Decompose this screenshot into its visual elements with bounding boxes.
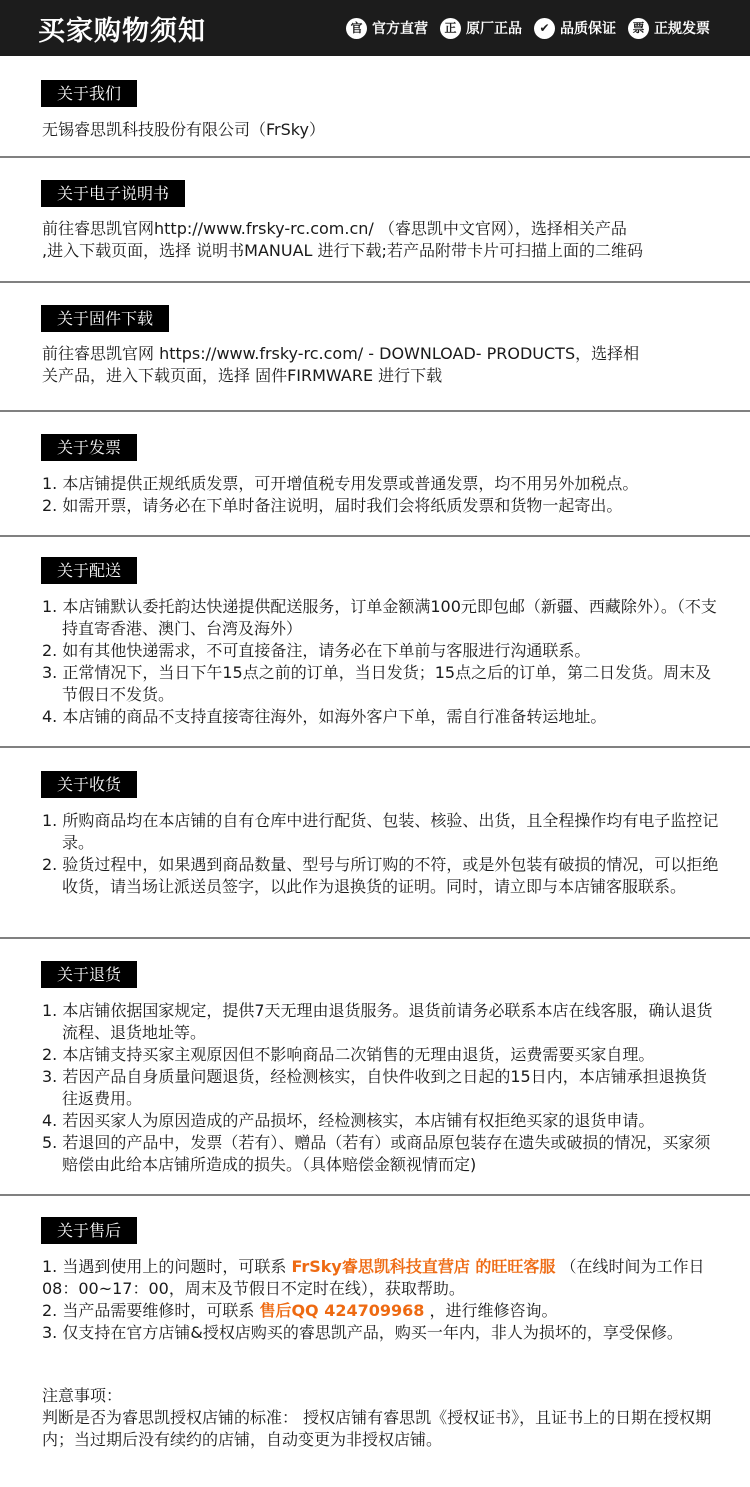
list-item: 1. 本店铺提供正规纸质发票，可开增值税专用发票或普通发票，均不用另外加税点。 (42, 473, 720, 495)
notes: 注意事项： 判断是否为睿思凯授权店铺的标准： 授权店铺有睿思凯《授权证书》，且证… (42, 1385, 720, 1451)
list-item: 2. 本店铺支持买家主观原因但不影响商品二次销售的无理由退货，运费需要买家自理。 (42, 1044, 720, 1066)
list-item: 3. 正常情况下，当日下午15点之前的订单，当日发货；15点之后的订单，第二日发… (42, 662, 720, 706)
page-title: 买家购物须知 (38, 9, 206, 48)
divider (0, 937, 750, 939)
firmware-line-1: 前往睿思凯官网 https://www.frsky-rc.com/ - DOWN… (42, 343, 720, 365)
list-item: 1. 所购商品均在本店铺的自有仓库中进行配货、包装、核验、出货，且全程操作均有电… (42, 810, 720, 854)
badge-invoice: 票 正规发票 (628, 18, 710, 39)
list-item: 4. 本店铺的商品不支持直接寄往海外，如海外客户下单，需自行准备转运地址。 (42, 706, 720, 728)
after-sales-qq-link[interactable]: 售后QQ 424709968 (259, 1301, 424, 1320)
notes-title: 注意事项： (42, 1385, 720, 1407)
section-tag-delivery: 关于配送 (41, 557, 137, 584)
about-us-text: 无锡睿思凯科技股份有限公司（FrSky） (42, 119, 720, 141)
badge-genuine: 正 原厂正品 (440, 18, 522, 39)
returns-list: 1. 本店铺依据国家规定，提供7天无理由退货服务。退货前请务必联系本店在线客服，… (42, 1000, 720, 1176)
checkmark-icon: ✔ (534, 18, 555, 39)
genuine-icon: 正 (440, 18, 461, 39)
service-badges: 官 官方直营 正 原厂正品 ✔ 品质保证 票 正规发票 (342, 18, 710, 39)
badge-label: 正规发票 (654, 18, 710, 38)
store-customer-service-link[interactable]: FrSky睿思凯科技直营店 的旺旺客服 (291, 1257, 555, 1276)
badge-label: 原厂正品 (466, 18, 522, 38)
badge-quality: ✔ 品质保证 (534, 18, 616, 39)
list-item: 2. 如有其他快递需求，不可直接备注，请务必在下单前与客服进行沟通联系。 (42, 640, 720, 662)
divider (0, 156, 750, 158)
section-tag-about-us: 关于我们 (41, 80, 137, 107)
list-item: 1. 本店铺依据国家规定，提供7天无理由退货服务。退货前请务必联系本店在线客服，… (42, 1000, 720, 1044)
section-tag-receiving: 关于收货 (41, 771, 137, 798)
badge-official-direct: 官 官方直营 (346, 18, 428, 39)
list-item: 2. 如需开票，请务必在下单时备注说明，届时我们会将纸质发票和货物一起寄出。 (42, 495, 720, 517)
divider (0, 535, 750, 537)
firmware-line-2: 关产品，进入下载页面，选择 固件FIRMWARE 进行下载 (42, 365, 720, 387)
badge-label: 官方直营 (372, 18, 428, 38)
badge-label: 品质保证 (560, 18, 616, 38)
list-item: 3. 若因产品自身质量问题退货，经检测核实，自快件收到之日起的15日内，本店铺承… (42, 1066, 720, 1110)
list-item: 1. 本店铺默认委托韵达快递提供配送服务，订单金额满100元即包邮（新疆、西藏除… (42, 596, 720, 640)
divider (0, 410, 750, 412)
invoice-list: 1. 本店铺提供正规纸质发票，可开增值税专用发票或普通发票，均不用另外加税点。 … (42, 473, 720, 517)
section-tag-invoice: 关于发票 (41, 434, 137, 461)
list-item: 3. 仅支持在官方店铺&授权店购买的睿思凯产品，购买一年内，非人为损坏的，享受保… (42, 1322, 720, 1344)
list-item: 4. 若因买家人为原因造成的产品损坏，经检测核实，本店铺有权拒绝买家的退货申请。 (42, 1110, 720, 1132)
divider (0, 281, 750, 283)
section-tag-returns: 关于退货 (41, 961, 137, 988)
section-tag-manual: 关于电子说明书 (41, 180, 185, 207)
firmware-text: 前往睿思凯官网 https://www.frsky-rc.com/ - DOWN… (42, 343, 720, 387)
receiving-list: 1. 所购商品均在本店铺的自有仓库中进行配货、包装、核验、出货，且全程操作均有电… (42, 810, 720, 898)
notes-text: 判断是否为睿思凯授权店铺的标准： 授权店铺有睿思凯《授权证书》，且证书上的日期在… (42, 1407, 720, 1451)
after-sales-list: 1. 当遇到使用上的问题时，可联系 FrSky睿思凯科技直营店 的旺旺客服 （在… (42, 1256, 720, 1344)
manual-line-1: 前往睿思凯官网http://www.frsky-rc.com.cn/ （睿思凯中… (42, 218, 720, 240)
divider (0, 746, 750, 748)
list-item: 5. 若退回的产品中，发票（若有）、赠品（若有）或商品原包装存在遗失或破损的情况… (42, 1132, 720, 1176)
list-item: 2. 当产品需要维修时，可联系 售后QQ 424709968 ，进行维修咨询。 (42, 1300, 720, 1322)
section-tag-firmware: 关于固件下载 (41, 305, 169, 332)
invoice-icon: 票 (628, 18, 649, 39)
delivery-list: 1. 本店铺默认委托韵达快递提供配送服务，订单金额满100元即包邮（新疆、西藏除… (42, 596, 720, 728)
section-tag-after-sales: 关于售后 (41, 1217, 137, 1244)
manual-line-2: ,进入下载页面，选择 说明书MANUAL 进行下载;若产品附带卡片可扫描上面的二… (42, 240, 720, 262)
page-header: 买家购物须知 官 官方直营 正 原厂正品 ✔ 品质保证 票 正规发票 (0, 0, 750, 56)
list-item: 2. 验货过程中，如果遇到商品数量、型号与所订购的不符，或是外包装有破损的情况，… (42, 854, 720, 898)
official-icon: 官 (346, 18, 367, 39)
divider (0, 1194, 750, 1196)
list-item: 1. 当遇到使用上的问题时，可联系 FrSky睿思凯科技直营店 的旺旺客服 （在… (42, 1256, 720, 1300)
manual-text: 前往睿思凯官网http://www.frsky-rc.com.cn/ （睿思凯中… (42, 218, 720, 262)
